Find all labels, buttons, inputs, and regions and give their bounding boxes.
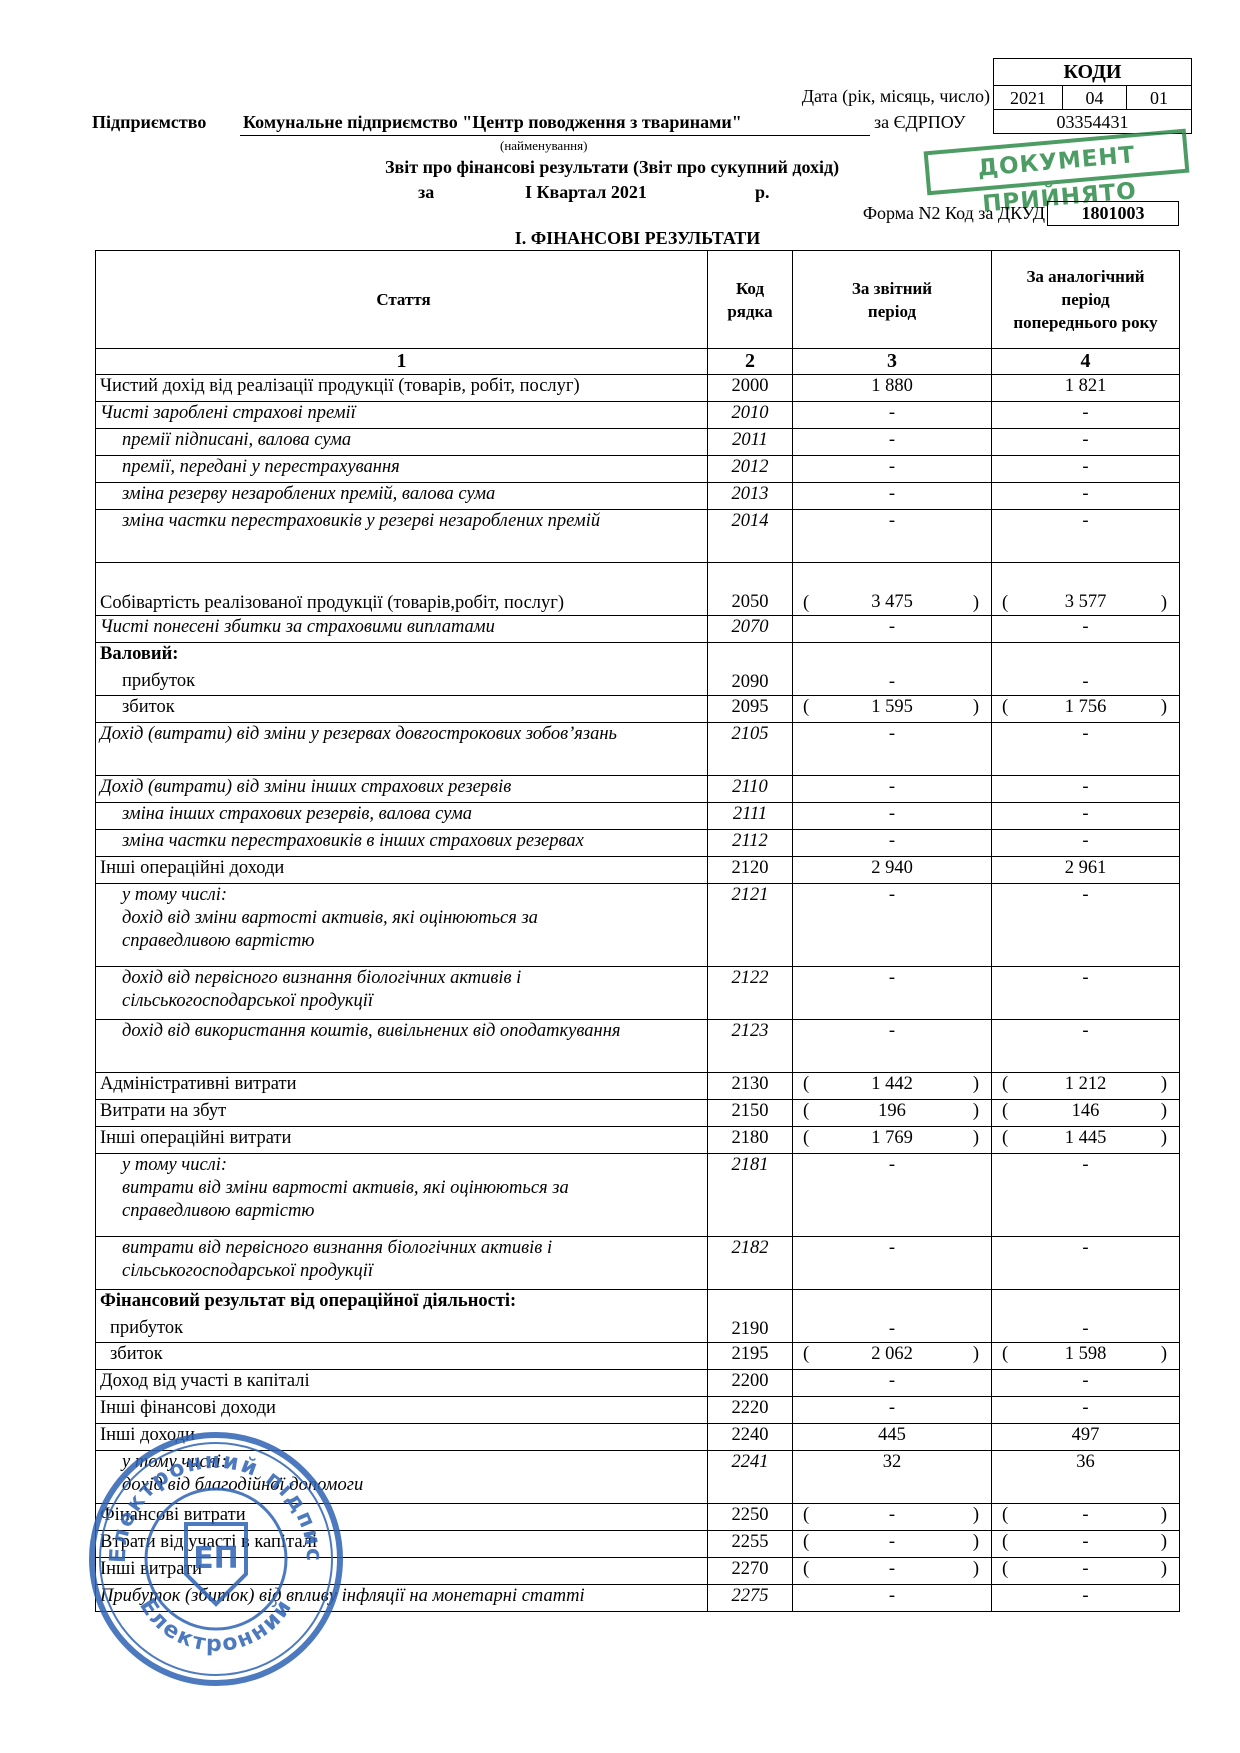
row-article: Інші витрати: [96, 1558, 707, 1584]
article-text: Інші операційні витрати: [100, 1127, 707, 1150]
row-current-period-value: 2 062: [871, 1344, 913, 1364]
row-current-period-value: 1 880: [871, 376, 913, 396]
row-current-period: 196(): [792, 1100, 991, 1126]
row-previous-period: -: [991, 1585, 1179, 1611]
row-code-value: 2220: [732, 1398, 769, 1418]
row-code: 2255: [707, 1531, 792, 1557]
row-article: дохід від використання коштів, вивільнен…: [96, 1020, 707, 1072]
article-text: премії підписані, валова сума: [122, 429, 707, 452]
row-previous-period-value: 497: [1072, 1425, 1100, 1445]
row-code-value: 2240: [732, 1425, 769, 1445]
col-header-article: Стаття: [96, 251, 707, 348]
row-current-period: -: [792, 1154, 991, 1236]
article-text: зміна частки перестраховиків в інших стр…: [122, 830, 707, 853]
row-previous-period-value: -: [1082, 511, 1088, 531]
table-row: Адміністративні витрати21301 442()1 212(…: [96, 1072, 1179, 1099]
row-current-period: 2 062(): [792, 1343, 991, 1369]
row-previous-period: -: [991, 643, 1179, 695]
row-code: 2122: [707, 967, 792, 1019]
row-previous-period: -: [991, 723, 1179, 775]
row-code-value: 2270: [732, 1559, 769, 1579]
column-number-row: 1 2 3 4: [96, 348, 1179, 374]
row-previous-period-value: 1 212: [1065, 1074, 1107, 1094]
paren-open: (: [803, 1504, 809, 1527]
table-row: Інші фінансові доходи2220--: [96, 1396, 1179, 1423]
article-text: Фінансовий результат від операційної дія…: [100, 1290, 707, 1313]
codes-box: КОДИ 2021 04 01 03354431: [993, 58, 1192, 134]
paren-open: (: [803, 1073, 809, 1096]
enterprise-label: Підприємство: [92, 112, 206, 133]
row-previous-period-value: -: [1082, 1505, 1088, 1525]
row-current-period-value: -: [889, 777, 895, 797]
row-current-period: -: [792, 1290, 991, 1342]
table-row: дохід від первісного визнання біологічни…: [96, 966, 1179, 1019]
row-previous-period-value: 1 598: [1065, 1344, 1107, 1364]
row-current-period-value: 445: [878, 1425, 906, 1445]
section-title: І. ФІНАНСОВІ РЕЗУЛЬТАТИ: [95, 228, 1180, 249]
row-current-period-value: -: [889, 484, 895, 504]
row-article: Фінансові витрати: [96, 1504, 707, 1530]
article-text: зміна інших страхових резервів, валова с…: [122, 803, 707, 826]
article-text: Чистий дохід від реалізації продукції (т…: [100, 375, 707, 398]
paren-open: (: [803, 1558, 809, 1581]
table-row: збиток20951 595()1 756(): [96, 695, 1179, 722]
table-row: Інші операційні доходи21202 9402 961: [96, 856, 1179, 883]
paren-open: (: [1002, 1558, 1008, 1581]
row-previous-period: -: [991, 1290, 1179, 1342]
article-text: Витрати на збут: [100, 1100, 707, 1123]
row-current-period: -(): [792, 1558, 991, 1584]
row-previous-period-value: -: [1082, 724, 1088, 744]
row-code: 2123: [707, 1020, 792, 1072]
row-current-period: -: [792, 1237, 991, 1289]
table-row: зміна частки перестраховиків в інших стр…: [96, 829, 1179, 856]
paren-close: ): [1161, 1100, 1167, 1123]
paren-close: ): [973, 1100, 979, 1123]
row-article: Дохід (витрати) від зміни у резервах дов…: [96, 723, 707, 775]
paren-close: ): [973, 1531, 979, 1554]
row-code: 2241: [707, 1451, 792, 1503]
col-header-current: За звітний період: [792, 251, 991, 348]
row-code-value: 2095: [732, 697, 769, 717]
col-number-3: 3: [792, 349, 991, 374]
article-text: Собівартість реалізованої продукції (тов…: [100, 592, 707, 615]
row-current-period: -: [792, 456, 991, 482]
row-previous-period-value: -: [1082, 1155, 1088, 1175]
row-code: 2190: [707, 1290, 792, 1342]
name-caption: (найменування): [500, 138, 587, 154]
row-previous-period-value: -: [992, 1317, 1179, 1342]
paren-open: (: [803, 1127, 809, 1150]
row-current-period: -(): [792, 1531, 991, 1557]
article-text: Фінансові витрати: [100, 1504, 707, 1527]
row-code: 2182: [707, 1237, 792, 1289]
row-article: зміна резерву незароблених премій, валов…: [96, 483, 707, 509]
row-code-value: 2121: [732, 885, 769, 905]
article-text: витрати від первісного визнання біологіч…: [122, 1237, 707, 1283]
table-row: Дохід (витрати) від зміни інших страхови…: [96, 775, 1179, 802]
row-code-value: 2250: [732, 1505, 769, 1525]
article-text: у тому числі:: [122, 884, 707, 907]
article-subtext: прибуток: [100, 670, 707, 693]
row-code: 2112: [707, 830, 792, 856]
row-code: 2275: [707, 1585, 792, 1611]
row-previous-period: -(): [991, 1531, 1179, 1557]
row-current-period: -: [792, 429, 991, 455]
article-text: Інші операційні доходи: [100, 857, 707, 880]
row-previous-period-value: -: [1082, 804, 1088, 824]
row-current-period-value: -: [889, 804, 895, 824]
paren-close: ): [1161, 1343, 1167, 1366]
row-code-value: 2181: [732, 1155, 769, 1175]
row-article: Прибуток (збиток) від впливу інфляції на…: [96, 1585, 707, 1611]
row-previous-period-value: 1 756: [1065, 697, 1107, 717]
row-previous-period-value: -: [1082, 484, 1088, 504]
row-previous-period: 36: [991, 1451, 1179, 1503]
row-current-period: -: [792, 510, 991, 562]
col-number-1: 1: [96, 349, 707, 374]
article-subtext: прибуток: [100, 1317, 707, 1340]
row-article: зміна частки перестраховиків у резерві н…: [96, 510, 707, 562]
row-previous-period-value: -: [1082, 831, 1088, 851]
row-current-period: -: [792, 884, 991, 966]
row-article: у тому числі:дохід від зміни вартості ак…: [96, 884, 707, 966]
paren-open: (: [803, 1531, 809, 1554]
financial-results-table: Стаття Код рядка За звітний період За ан…: [95, 250, 1180, 1612]
paren-open: (: [1002, 696, 1008, 719]
row-code: 2070: [707, 616, 792, 642]
row-code: 2013: [707, 483, 792, 509]
col-header-previous: За аналогічний період попереднього року: [991, 251, 1179, 348]
paren-close: ): [973, 1558, 979, 1581]
paren-open: (: [1002, 1504, 1008, 1527]
paren-close: ): [973, 1504, 979, 1527]
row-article: Доход від участі в капіталі: [96, 1370, 707, 1396]
row-article: премії, передані у перестрахування: [96, 456, 707, 482]
report-title: Звіт про фінансові результати (Звіт про …: [385, 157, 839, 178]
paren-open: (: [1002, 592, 1008, 615]
row-previous-period: -: [991, 1154, 1179, 1236]
row-code-value: 2190: [708, 1317, 792, 1342]
row-code-value: 2112: [732, 831, 768, 851]
col-header-code: Код рядка: [707, 251, 792, 348]
article-text: зміна резерву незароблених премій, валов…: [122, 483, 707, 506]
row-previous-period: 3 577(): [991, 563, 1179, 615]
row-code-value: 2241: [732, 1452, 769, 1472]
row-code-value: 2011: [732, 430, 768, 450]
row-current-period-value: -: [889, 403, 895, 423]
row-current-period-value: 3 475: [793, 590, 991, 615]
row-previous-period: -(): [991, 1558, 1179, 1584]
row-article: Чисті понесені збитки за страховими випл…: [96, 616, 707, 642]
paren-close: ): [973, 1073, 979, 1096]
date-label: Дата (рік, місяць, число): [802, 86, 990, 107]
row-previous-period: -: [991, 967, 1179, 1019]
row-code-value: 2010: [732, 403, 769, 423]
row-article: у тому числі:витрати від зміни вартості …: [96, 1154, 707, 1236]
table-row: Витрати на збут2150196()146(): [96, 1099, 1179, 1126]
row-code: 2270: [707, 1558, 792, 1584]
row-previous-period-value: -: [1082, 885, 1088, 905]
row-previous-period-value: 1 445: [1065, 1128, 1107, 1148]
row-current-period: -: [792, 483, 991, 509]
paren-open: (: [1002, 1073, 1008, 1096]
article-text: дохід від первісного визнання біологічни…: [122, 967, 707, 1013]
form-label: Форма N2 Код за ДКУД: [863, 203, 1045, 224]
row-current-period: 445: [792, 1424, 991, 1450]
table-row: Прибуток (збиток) від впливу інфляції на…: [96, 1584, 1179, 1611]
row-current-period-value: 1 442: [871, 1074, 913, 1094]
row-code-value: 2090: [708, 670, 792, 695]
table-row: премії підписані, валова сума2011--: [96, 428, 1179, 455]
row-current-period-value: -: [889, 1155, 895, 1175]
paren-close: ): [973, 592, 979, 615]
row-current-period: -: [792, 803, 991, 829]
row-current-period-value: 1 769: [871, 1128, 913, 1148]
row-code-value: 2120: [732, 858, 769, 878]
row-current-period-value: -: [889, 457, 895, 477]
row-current-period-value: -: [889, 511, 895, 531]
row-current-period: -: [792, 830, 991, 856]
row-code-value: 2255: [732, 1532, 769, 1552]
row-previous-period: -: [991, 402, 1179, 428]
row-current-period-value: 2 940: [871, 858, 913, 878]
paren-open: (: [803, 1100, 809, 1123]
table-row: Інші витрати2270-()-(): [96, 1557, 1179, 1584]
row-code: 2012: [707, 456, 792, 482]
article-text: Інші доходи: [100, 1424, 707, 1447]
row-code-value: 2123: [732, 1021, 769, 1041]
date-year: 2021: [994, 86, 1062, 109]
row-current-period-value: 196: [878, 1101, 906, 1121]
row-previous-period-value: -: [992, 670, 1179, 695]
article-text: Адміністративні витрати: [100, 1073, 707, 1096]
row-current-period-value: -: [889, 430, 895, 450]
row-current-period: -: [792, 776, 991, 802]
row-code-value: 2122: [732, 968, 769, 988]
row-previous-period: -: [991, 803, 1179, 829]
row-code: 2180: [707, 1127, 792, 1153]
edrpou-code: 03354431: [994, 110, 1191, 133]
paren-open: (: [803, 1343, 809, 1366]
row-article: збиток: [96, 696, 707, 722]
row-previous-period-value: -: [1082, 1238, 1088, 1258]
row-previous-period: -: [991, 1397, 1179, 1423]
row-previous-period: -: [991, 456, 1179, 482]
article-text: Дохід (витрати) від зміни інших страхови…: [100, 776, 707, 799]
row-current-period-value: 32: [883, 1452, 902, 1472]
paren-close: ): [1161, 592, 1167, 615]
row-code-value: 2110: [732, 777, 768, 797]
paren-open: (: [1002, 1100, 1008, 1123]
row-previous-period-value: -: [1082, 403, 1088, 423]
row-current-period-value: -: [889, 1398, 895, 1418]
enterprise-name: Комунальне підприємство "Центр поводженн…: [243, 112, 742, 133]
row-current-period: 32: [792, 1451, 991, 1503]
row-current-period: -: [792, 1397, 991, 1423]
paren-open: (: [1002, 1531, 1008, 1554]
edrpou-label: за ЄДРПОУ: [874, 112, 966, 133]
row-code: 2220: [707, 1397, 792, 1423]
paren-close: ): [1161, 1073, 1167, 1096]
row-current-period: -: [792, 402, 991, 428]
paren-close: ): [1161, 1127, 1167, 1150]
period-suffix: р.: [755, 182, 770, 203]
row-current-period: 1 595(): [792, 696, 991, 722]
row-previous-period-value: -: [1082, 1559, 1088, 1579]
row-code-value: 2111: [733, 804, 767, 824]
row-code-value: 2070: [732, 617, 769, 637]
paren-open: (: [1002, 1343, 1008, 1366]
row-code-value: 2200: [732, 1371, 769, 1391]
table-row: премії, передані у перестрахування2012--: [96, 455, 1179, 482]
row-code: 2250: [707, 1504, 792, 1530]
col-number-4: 4: [991, 349, 1179, 374]
article-subtext: дохід від благодійної допомоги: [122, 1474, 707, 1497]
paren-close: ): [973, 1127, 979, 1150]
row-previous-period: 497: [991, 1424, 1179, 1450]
row-previous-period: 1 756(): [991, 696, 1179, 722]
article-text: у тому числі:: [122, 1451, 707, 1474]
row-current-period-value: -: [889, 1371, 895, 1391]
row-article: Собівартість реалізованої продукції (тов…: [96, 563, 707, 615]
row-code: 2011: [707, 429, 792, 455]
row-code: 2000: [707, 375, 792, 401]
row-article: зміна частки перестраховиків в інших стр…: [96, 830, 707, 856]
row-previous-period-value: 146: [1072, 1101, 1100, 1121]
row-previous-period: -: [991, 483, 1179, 509]
row-previous-period: 1 821: [991, 375, 1179, 401]
row-current-period-value: -: [889, 617, 895, 637]
table-row: у тому числі:дохід від благодійної допом…: [96, 1450, 1179, 1503]
row-current-period-value: 1 595: [871, 697, 913, 717]
row-previous-period: -: [991, 1237, 1179, 1289]
date-day: 01: [1126, 86, 1191, 109]
table-row: зміна резерву незароблених премій, валов…: [96, 482, 1179, 509]
row-current-period: -(): [792, 1504, 991, 1530]
row-previous-period-value: -: [1082, 1398, 1088, 1418]
article-text: Втрати від участі в капіталі: [100, 1531, 707, 1554]
paren-open: (: [803, 592, 809, 615]
row-previous-period: -: [991, 776, 1179, 802]
row-article: Інші операційні витрати: [96, 1127, 707, 1153]
row-previous-period-value: -: [1082, 968, 1088, 988]
table-row: Собівартість реалізованої продукції (тов…: [96, 562, 1179, 615]
row-code-value: 2105: [732, 724, 769, 744]
row-code: 2095: [707, 696, 792, 722]
row-current-period: 3 475(): [792, 563, 991, 615]
row-code-value: 2014: [732, 511, 769, 531]
table-row: Чистий дохід від реалізації продукції (т…: [96, 374, 1179, 401]
row-article: витрати від первісного визнання біологіч…: [96, 1237, 707, 1289]
table-row: Доход від участі в капіталі2200--: [96, 1369, 1179, 1396]
codes-title: КОДИ: [994, 59, 1191, 85]
row-article: Інші операційні доходи: [96, 857, 707, 883]
article-text: Доход від участі в капіталі: [100, 1370, 707, 1393]
row-code: 2181: [707, 1154, 792, 1236]
row-previous-period-value: -: [1082, 430, 1088, 450]
period-prefix: за: [418, 182, 434, 203]
table-row: Дохід (витрати) від зміни у резервах дов…: [96, 722, 1179, 775]
table-row: Фінансові витрати2250-()-(): [96, 1503, 1179, 1530]
paren-close: ): [1161, 1531, 1167, 1554]
row-article: Інші фінансові доходи: [96, 1397, 707, 1423]
row-code-value: 2182: [732, 1238, 769, 1258]
row-current-period-value: -: [889, 1559, 895, 1579]
row-article: дохід від первісного визнання біологічни…: [96, 967, 707, 1019]
table-row: Інші операційні витрати21801 769()1 445(…: [96, 1126, 1179, 1153]
row-code-value: 2195: [732, 1344, 769, 1364]
row-previous-period: -: [991, 429, 1179, 455]
paren-close: ): [1161, 1504, 1167, 1527]
paren-close: ): [973, 1343, 979, 1366]
article-text: Дохід (витрати) від зміни у резервах дов…: [100, 723, 707, 746]
row-article: Дохід (витрати) від зміни інших страхови…: [96, 776, 707, 802]
article-text: Інші витрати: [100, 1558, 707, 1581]
paren-close: ): [1161, 696, 1167, 719]
article-text: дохід від використання коштів, вивільнен…: [122, 1020, 707, 1043]
row-current-period: -: [792, 643, 991, 695]
row-article: Адміністративні витрати: [96, 1073, 707, 1099]
row-previous-period-value: -: [1082, 1532, 1088, 1552]
row-previous-period-value: -: [1082, 1371, 1088, 1391]
table-row: Інші доходи2240445497: [96, 1423, 1179, 1450]
row-previous-period: -: [991, 1020, 1179, 1072]
row-code-value: 2013: [732, 484, 769, 504]
row-previous-period-value: -: [1082, 617, 1088, 637]
row-previous-period-value: -: [1082, 457, 1088, 477]
row-code: 2150: [707, 1100, 792, 1126]
row-previous-period: -: [991, 830, 1179, 856]
row-code: 2121: [707, 884, 792, 966]
row-previous-period-value: 36: [1076, 1452, 1095, 1472]
row-previous-period: -: [991, 1370, 1179, 1396]
row-article: Фінансовий результат від операційної дія…: [96, 1290, 707, 1342]
date-month: 04: [1062, 86, 1126, 109]
row-current-period-value: -: [793, 670, 991, 695]
row-code-value: 2050: [708, 590, 792, 615]
row-previous-period: 2 961: [991, 857, 1179, 883]
row-current-period: -: [792, 1370, 991, 1396]
row-current-period-value: -: [889, 1505, 895, 1525]
row-code: 2200: [707, 1370, 792, 1396]
table-row: збиток21952 062()1 598(): [96, 1342, 1179, 1369]
row-code: 2010: [707, 402, 792, 428]
row-code-value: 2150: [732, 1101, 769, 1121]
row-current-period: -: [792, 723, 991, 775]
row-current-period: -: [792, 1020, 991, 1072]
article-text: Прибуток (збиток) від впливу інфляції на…: [100, 1585, 707, 1608]
article-text: збиток: [122, 696, 707, 719]
paren-open: (: [803, 696, 809, 719]
row-current-period: -: [792, 616, 991, 642]
row-previous-period-value: -: [1082, 1021, 1088, 1041]
row-code: 2014: [707, 510, 792, 562]
row-current-period: 1 880: [792, 375, 991, 401]
row-previous-period: 146(): [991, 1100, 1179, 1126]
row-code-value: 2012: [732, 457, 769, 477]
paren-open: (: [1002, 1127, 1008, 1150]
table-row: зміна частки перестраховиків у резерві н…: [96, 509, 1179, 562]
col-number-2: 2: [707, 349, 792, 374]
row-previous-period-value: -: [1082, 777, 1088, 797]
row-code: 2111: [707, 803, 792, 829]
row-code-value: 2275: [732, 1586, 769, 1606]
article-text: Інші фінансові доходи: [100, 1397, 707, 1420]
row-code: 2110: [707, 776, 792, 802]
row-code: 2240: [707, 1424, 792, 1450]
row-article: Валовий:прибуток: [96, 643, 707, 695]
